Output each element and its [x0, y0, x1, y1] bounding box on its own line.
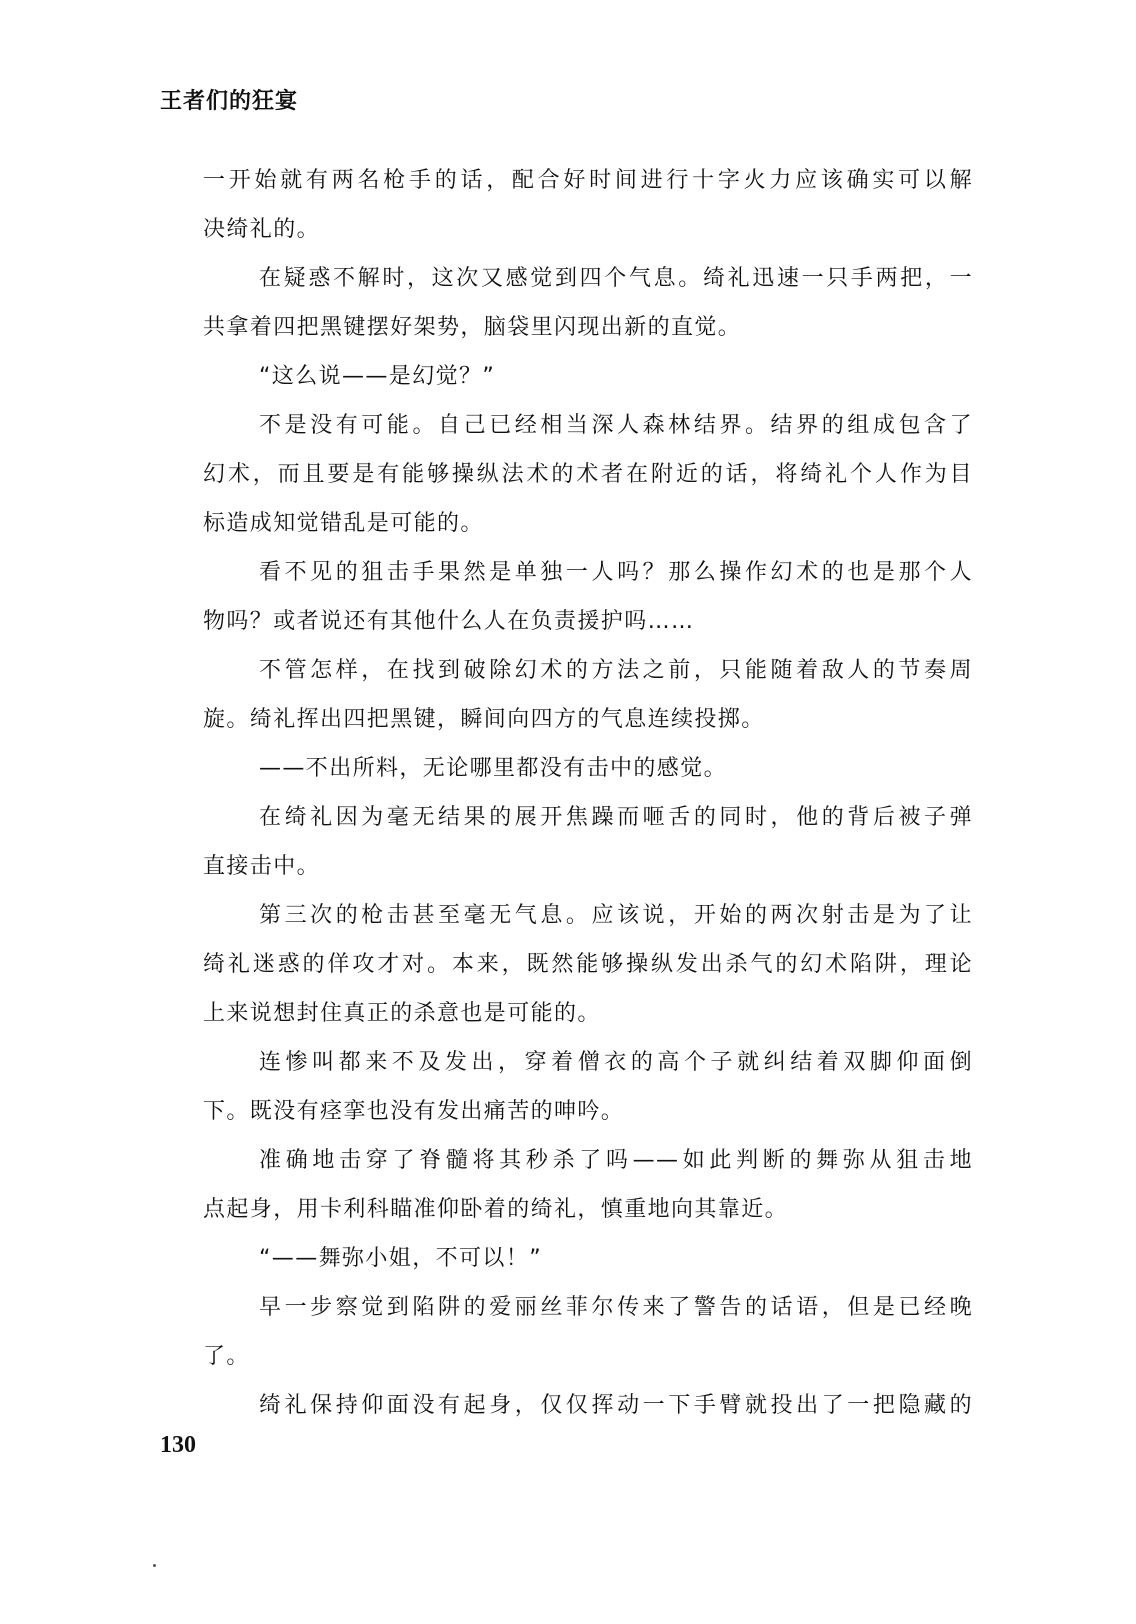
text-line: 连惨叫都来不及发出，穿着僧衣的高个子就纠结着双脚仰面倒 [203, 1038, 973, 1087]
text-line: 绮礼保持仰面没有起身，仅仅挥动一下手臂就投出了一把隐藏的 [203, 1381, 973, 1430]
text-line: 旋。绮礼挥出四把黑键，瞬间向四方的气息连续投掷。 [203, 695, 973, 744]
scan-speck [153, 1564, 156, 1567]
running-header-book-title: 王者们的狂宴 [160, 84, 298, 115]
text-line: 看不见的狙击手果然是单独一人吗？那么操作幻术的也是那个人 [203, 548, 973, 597]
text-line: 共拿着四把黑键摆好架势，脑袋里闪现出新的直觉。 [203, 303, 973, 352]
text-line: 不是没有可能。自己已经相当深人森林结界。结界的组成包含了 [203, 401, 973, 450]
body-text: 一开始就有两名枪手的话，配合好时间进行十字火力应该确实可以解决绮礼的。在疑惑不解… [203, 156, 973, 1430]
page-number: 130 [160, 1432, 196, 1459]
text-line: 在疑惑不解时，这次又感觉到四个气息。绮礼迅速一只手两把，一 [203, 254, 973, 303]
text-line: 早一步察觉到陷阱的爱丽丝菲尔传来了警告的话语，但是已经晚 [203, 1283, 973, 1332]
text-line: 了。 [203, 1332, 973, 1381]
text-line: 一开始就有两名枪手的话，配合好时间进行十字火力应该确实可以解 [203, 156, 973, 205]
text-line: 下。既没有痉挛也没有发出痛苦的呻吟。 [203, 1087, 973, 1136]
text-line: 幻术，而且要是有能够操纵法术的术者在附近的话，将绮礼个人作为目 [203, 450, 973, 499]
text-line: 第三次的枪击甚至毫无气息。应该说，开始的两次射击是为了让 [203, 891, 973, 940]
text-line: “——舞弥小姐，不可以！” [203, 1234, 973, 1283]
text-line: “这么说——是幻觉？” [203, 352, 973, 401]
text-line: 直接击中。 [203, 842, 973, 891]
text-line: 在绮礼因为毫无结果的展开焦躁而咂舌的同时，他的背后被子弹 [203, 793, 973, 842]
text-line: 准确地击穿了脊髓将其秒杀了吗——如此判断的舞弥从狙击地 [203, 1136, 973, 1185]
text-line: ——不出所料，无论哪里都没有击中的感觉。 [203, 744, 973, 793]
text-line: 不管怎样，在找到破除幻术的方法之前，只能随着敌人的节奏周 [203, 646, 973, 695]
text-line: 上来说想封住真正的杀意也是可能的。 [203, 989, 973, 1038]
text-line: 绮礼迷惑的佯攻才对。本来，既然能够操纵发出杀气的幻术陷阱，理论 [203, 940, 973, 989]
text-line: 点起身，用卡利科瞄准仰卧着的绮礼，慎重地向其靠近。 [203, 1185, 973, 1234]
text-line: 标造成知觉错乱是可能的。 [203, 499, 973, 548]
text-line: 决绮礼的。 [203, 205, 973, 254]
text-line: 物吗？或者说还有其他什么人在负责援护吗…… [203, 597, 973, 646]
